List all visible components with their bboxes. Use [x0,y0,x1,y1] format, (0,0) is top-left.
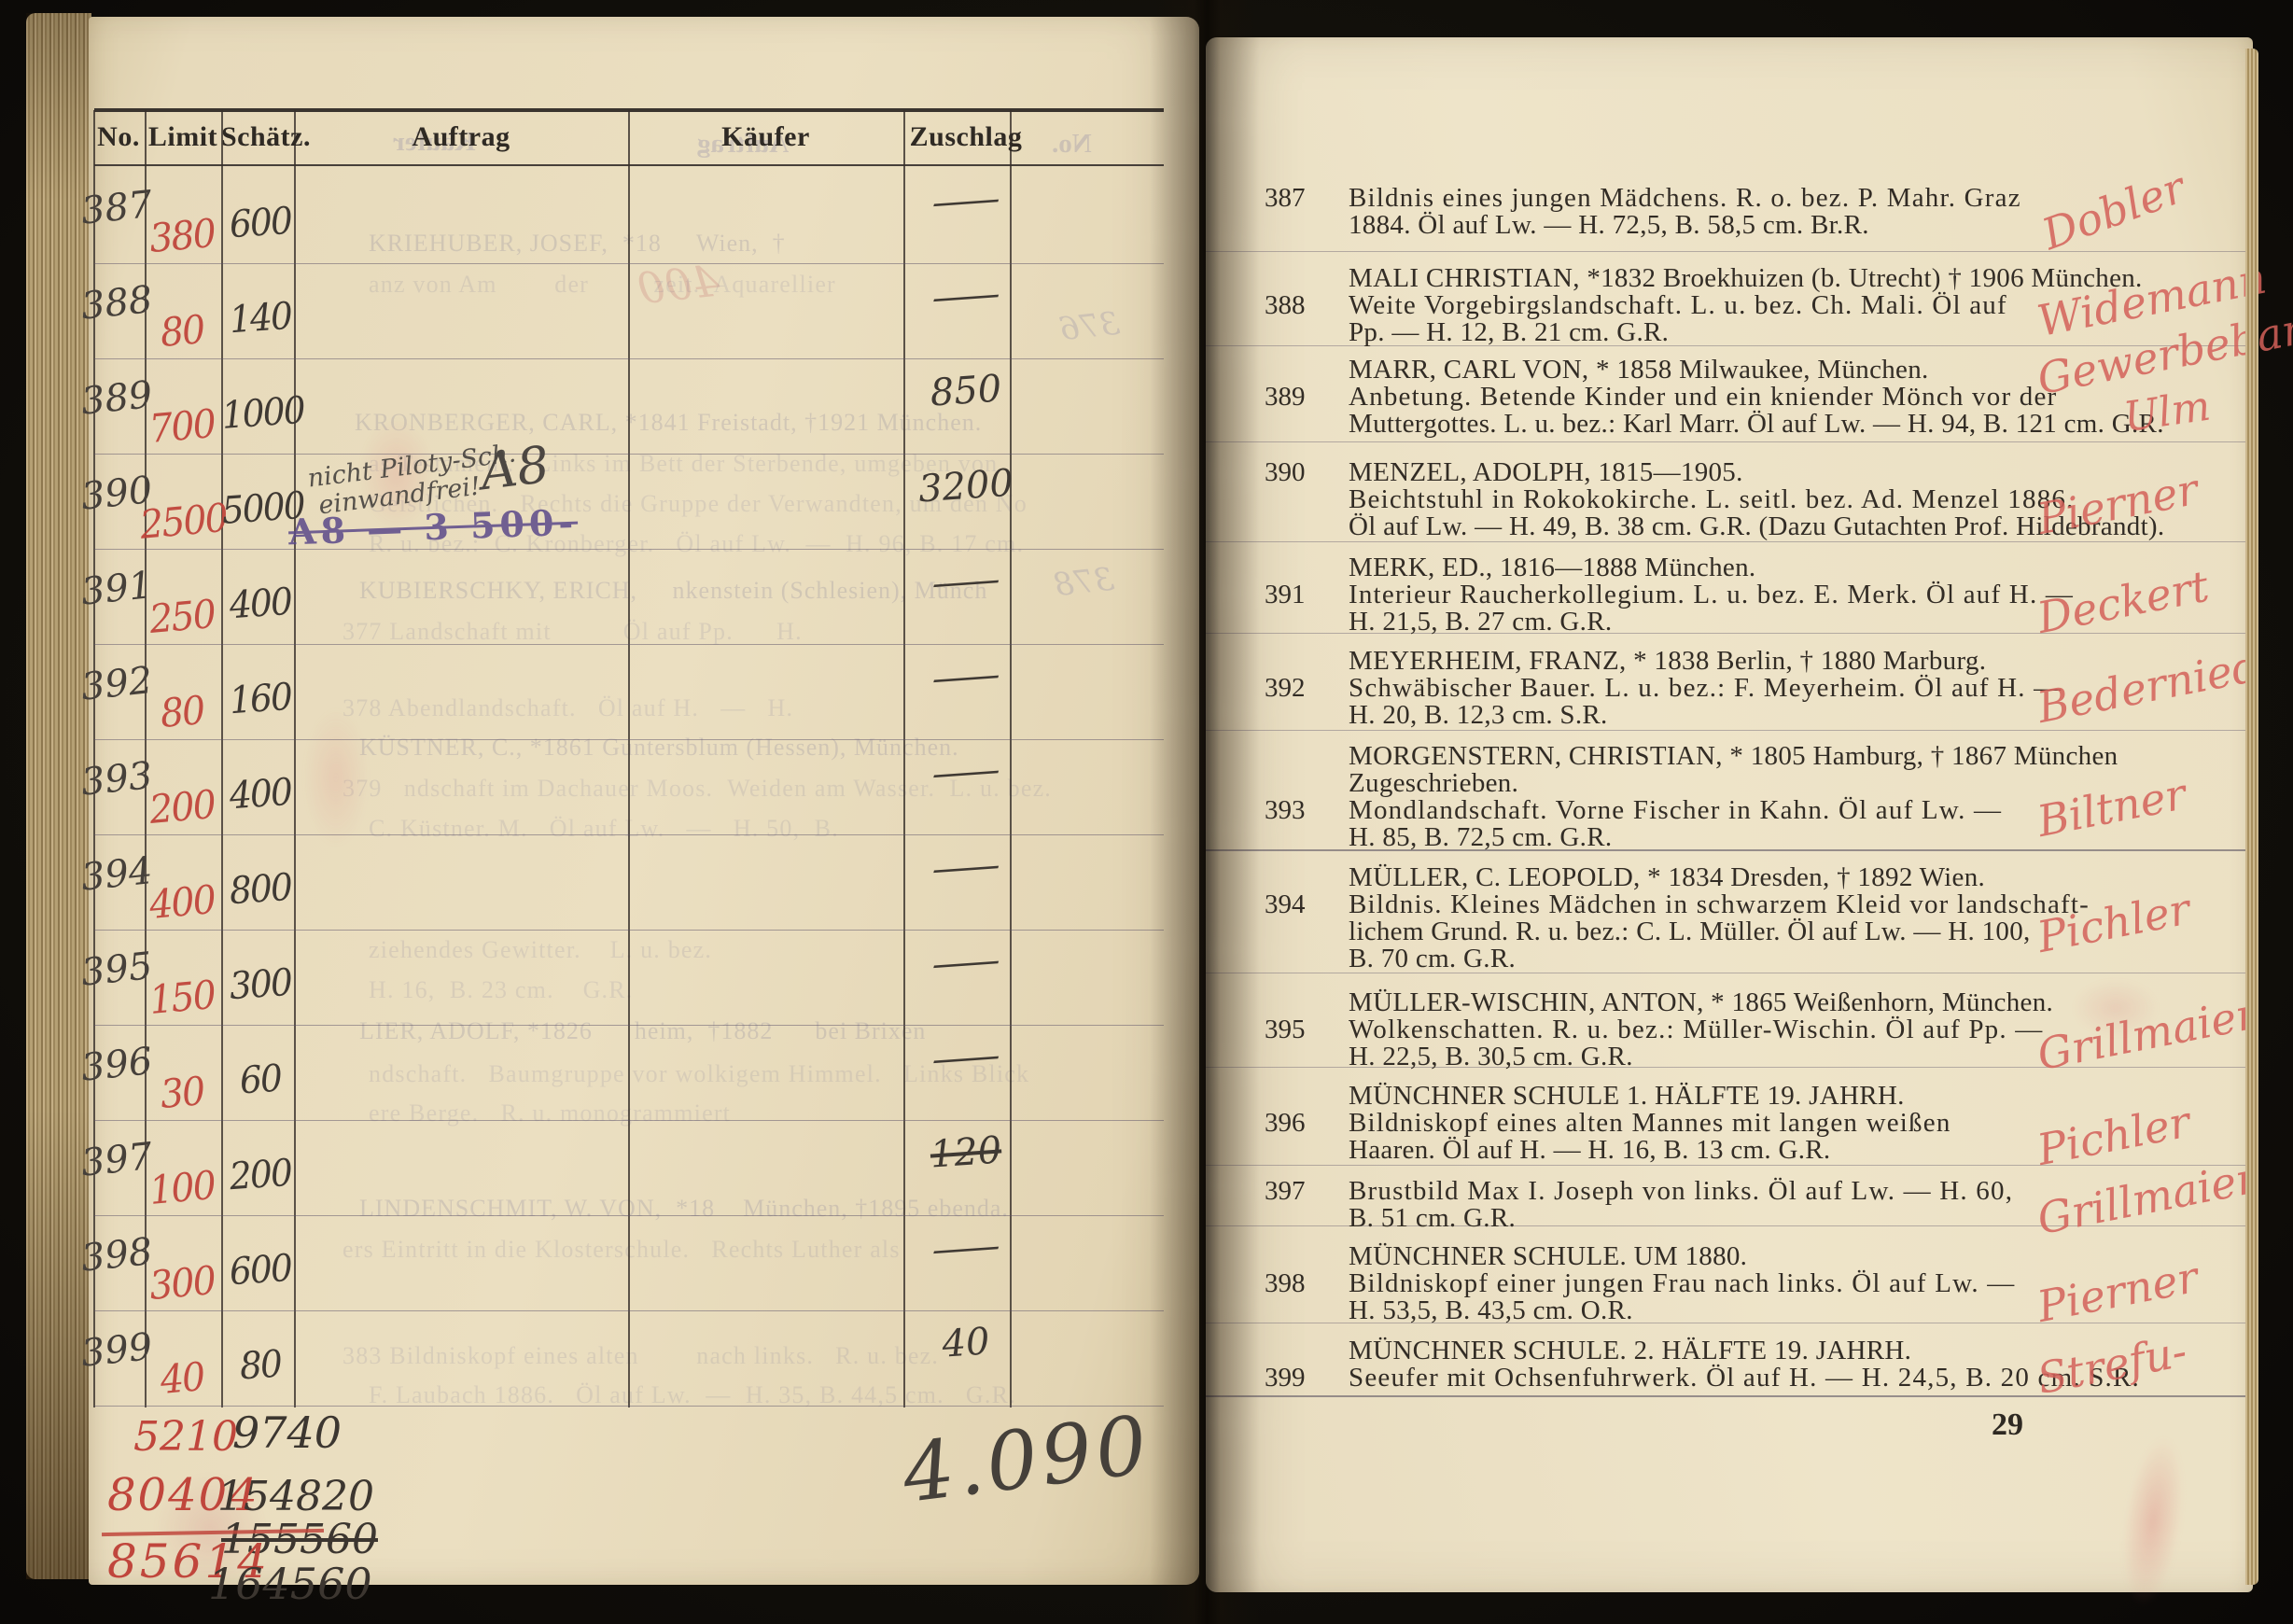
catalog-entry-388: MALI CHRISTIAN, *1832 Broekhuizen (b. Ut… [1265,265,2076,346]
limit-value: 200 [138,780,226,833]
hammer-price: — [855,1029,1077,1086]
lot-text: H. 20, B. 12,3 cm. S.R. [1265,702,2076,729]
lot-text: Bildnis eines jungen Mädchens. R. o. bez… [1349,183,2021,213]
lot-text: Beichtstuhl in Rokokokirche. L. seitl. b… [1265,486,2076,513]
limit-value: 250 [138,590,226,643]
artist-line: MARR, CARL VON, * 1858 Milwaukee, Münche… [1265,357,2076,384]
lot-text: Bildniskopf einer jungen Frau nach links… [1349,1268,2016,1298]
lot-number: 388 [1265,292,1306,319]
artist-line: MÜNCHNER SCHULE. 2. HÄLFTE 19. JAHRH. [1265,1337,2076,1365]
estimate-value: 160 [220,675,301,723]
ledger-row-391: 391 250 400 — [89,549,1171,644]
lot-text: 1884. Öl auf Lw. — H. 72,5, B. 58,5 cm. … [1265,212,2076,239]
ledger-row-399: 399 40 80 40 [89,1310,1171,1406]
lot-text: B. 70 cm. G.R. [1265,945,2076,973]
hammer-price: 40 [907,1318,1026,1369]
entry-rule [1206,541,2253,542]
limit-value: 30 [138,1066,226,1119]
artist-line: MERK, ED., 1816—1888 München. [1265,554,2076,581]
col-header-limit: Limit [145,121,221,153]
catalog-entry-394: MÜLLER, C. LEOPOLD, * 1834 Dresden, † 18… [1265,864,2076,973]
catalog-entry-399: MÜNCHNER SCHULE. 2. HÄLFTE 19. JAHRH. 39… [1265,1337,2076,1392]
entry-rule [1206,441,2253,442]
struck-price-note: A8 — 3 500- [287,501,579,553]
lot-text: Mondlandschaft. Vorne Fischer in Kahn. Ö… [1349,795,2002,825]
estimate-value: 140 [220,294,301,343]
artist-line: MÜNCHNER SCHULE 1. HÄLFTE 19. JAHRH. [1265,1083,2076,1110]
ink-smudge [2114,1435,2192,1609]
ledger-row-387: 387 380 600 — [89,168,1171,263]
col-header-auftrag: Auftrag [294,121,628,153]
ledger-row-396: 396 30 60 — [89,1025,1171,1120]
hammer-price: — [855,743,1077,801]
artist-line: MÜLLER-WISCHIN, ANTON, * 1865 Weißenhorn… [1265,989,2076,1016]
ledger-row-390: 390 2500 5000 3200 nicht Piloty-Sch. ein… [89,454,1171,549]
lot-text: Seeufer mit Ochsenfuhrwerk. Öl auf H. — … [1349,1363,2140,1393]
catalog-entry-393: MORGENSTERN, CHRISTIAN, * 1805 Hamburg, … [1265,743,2076,851]
lot-text: Brustbild Max I. Joseph von links. Öl au… [1349,1176,2013,1206]
catalog-entry-389: MARR, CARL VON, * 1858 Milwaukee, Münche… [1265,357,2076,438]
col-header-zuschlag: Zuschlag [903,121,1028,153]
total-limit-1: 5210 [133,1413,238,1461]
catalog-entry-387: 387Bildnis eines jungen Mädchens. R. o. … [1265,185,2076,239]
buyer-annotation: Ulm [2122,376,2293,431]
catalog-entry-397: 397Brustbild Max I. Joseph von links. Öl… [1265,1178,2076,1232]
catalog-page: 387Bildnis eines jungen Mädchens. R. o. … [1206,37,2253,1592]
lot-number: 399 [1265,1365,1306,1392]
lot-number: 392 [1265,675,1306,702]
total-estimate-2: 154820 [217,1473,374,1520]
hammer-price: 850 [907,366,1026,417]
col-header-kaeufer: Käufer [628,121,903,153]
lot-text: Bildnis. Kleines Mädchen in schwarzem Kl… [1349,889,2090,919]
lot-number: 396 [1265,1110,1306,1137]
estimate-value: 80 [220,1341,301,1390]
lot-number: 398 [1265,1270,1306,1297]
lot-text: B. 51 cm. G.R. [1265,1205,2076,1232]
estimate-value: 400 [220,770,301,819]
page-number: 29 [1992,1407,2023,1443]
limit-value: 40 [138,1351,226,1405]
estimate-value: 400 [220,580,301,628]
bleedthrough-header: No. [1052,129,1092,160]
limit-value: 380 [138,209,226,262]
estimate-value: 600 [220,199,301,247]
lot-number: 394 [1265,891,1306,918]
artist-line: MÜNCHNER SCHULE. UM 1880. [1265,1243,2076,1270]
lot-text: Haaren. Öl auf H. — H. 16, B. 13 cm. G.R… [1265,1137,2076,1164]
artist-line: MENZEL, ADOLPH, 1815—1905. [1349,457,1743,487]
estimate-value: 200 [220,1151,301,1199]
lot-text: Öl auf Lw. — H. 49, B. 38 cm. G.R. (Dazu… [1265,513,2076,540]
lot-text: Weite Vorgebirgslandschaft. L. u. bez. C… [1349,290,2007,320]
lot-text: lichem Grund. R. u. bez.: C. L. Müller. … [1265,918,2076,945]
artist-line: MORGENSTERN, CHRISTIAN, * 1805 Hamburg, … [1265,743,2076,770]
entry-rule [1206,1165,2253,1166]
lot-text: Interieur Raucherkollegium. L. u. bez. E… [1349,580,2074,609]
entry-rule [1206,730,2253,731]
total-estimate-1: 9740 [232,1407,342,1458]
ledger-row-392: 392 80 160 — [89,644,1171,739]
total-hammer: 4.090 [898,1398,1155,1521]
limit-value: 100 [138,1161,226,1214]
limit-value: 150 [138,971,226,1024]
lot-text: Bildniskopf eines alten Mannes mit lange… [1349,1108,1951,1138]
limit-value: 400 [138,875,226,929]
ledger-row-389: 389 700 1000 850 [89,358,1171,454]
ledger-row-394: 394 400 800 — [89,834,1171,930]
hammer-price: — [855,267,1077,325]
limit-value: 700 [138,399,226,453]
hammer-price-struck: 120 [907,1127,1026,1179]
catalog-entry-395: MÜLLER-WISCHIN, ANTON, * 1865 Weißenhorn… [1265,989,2076,1071]
catalog-entry-390: 390MENZEL, ADOLPH, 1815—1905. Beichtstuh… [1265,459,2076,540]
ledger-page: Käufer Auftrag No. 400 376 378 KRIEHUBER… [89,17,1199,1585]
artist-line: Zugeschrieben. [1265,770,2076,797]
row-rule [94,1406,1164,1407]
auction-note-a8: A8 [477,435,552,501]
col-header-schaetz: Schätz. [221,121,294,153]
estimate-value: 300 [220,960,301,1009]
lot-text: Pp. — H. 12, B. 21 cm. G.R. [1265,319,2076,346]
hammer-price: — [855,553,1077,610]
hammer-price: — [855,838,1077,896]
hammer-price: — [855,933,1077,991]
lot-text: H. 85, B. 72,5 cm. G.R. [1265,824,2076,851]
lot-number: 395 [1265,1016,1306,1043]
lot-number: 397 [1265,1178,1306,1205]
artist-line: MEYERHEIM, FRANZ, * 1838 Berlin, † 1880 … [1265,648,2076,675]
col-header-no: No. [85,121,152,153]
limit-value: 300 [138,1256,226,1309]
catalog-entry-391: MERK, ED., 1816—1888 München. 391Interie… [1265,554,2076,636]
lot-text: H. 22,5, B. 30,5 cm. G.R. [1265,1043,2076,1071]
estimate-value: 1000 [220,389,301,438]
lot-number: 393 [1265,797,1306,824]
lot-number: 390 [1265,459,1306,486]
entry-rule [1206,251,2253,252]
ledger-row-393: 393 200 400 — [89,739,1171,834]
entry-rule [1206,1395,2253,1397]
catalog-entry-396: MÜNCHNER SCHULE 1. HÄLFTE 19. JAHRH. 396… [1265,1083,2076,1164]
ledger-row-398: 398 300 600 — [89,1215,1171,1310]
book-edge-right [2245,49,2258,1585]
artist-line: MALI CHRISTIAN, *1832 Broekhuizen (b. Ut… [1265,265,2076,292]
lot-number: 389 [1265,384,1306,411]
estimate-value: 60 [220,1056,301,1104]
limit-value: 80 [138,304,226,357]
ledger-row-397: 397 100 200 120 [89,1120,1171,1215]
lot-text: Schwäbischer Bauer. L. u. bez.: F. Meyer… [1349,673,2062,703]
hammer-price: — [855,172,1077,230]
hammer-price: — [855,1219,1077,1277]
estimate-value: 800 [220,865,301,914]
hammer-price: 3200 [907,461,1026,512]
catalog-entry-398: MÜNCHNER SCHULE. UM 1880. 398Bildniskopf… [1265,1243,2076,1324]
lot-text: Muttergottes. L. u. bez.: Karl Marr. Öl … [1265,411,2076,438]
lot-text: H. 53,5, B. 43,5 cm. O.R. [1265,1297,2076,1324]
lot-text: H. 21,5, B. 27 cm. G.R. [1265,609,2076,636]
artist-line: MÜLLER, C. LEOPOLD, * 1834 Dresden, † 18… [1265,864,2076,891]
hammer-price: — [855,648,1077,706]
lot-text: Anbetung. Betende Kinder und ein kniende… [1349,382,2057,412]
limit-value: 80 [138,685,226,738]
lot-number: 387 [1265,185,1306,212]
lot-text: Wolkenschatten. R. u. bez.: Müller-Wisch… [1349,1015,2043,1044]
lot-number: 391 [1265,581,1306,609]
estimate-value: 600 [220,1246,301,1295]
ledger-row-388: 388 80 140 — [89,263,1171,358]
ledger-row-395: 395 150 300 — [89,930,1171,1025]
catalog-entry-392: MEYERHEIM, FRANZ, * 1838 Berlin, † 1880 … [1265,648,2076,729]
total-estimate-final: 164560 [208,1559,372,1609]
limit-value: 2500 [138,495,226,548]
